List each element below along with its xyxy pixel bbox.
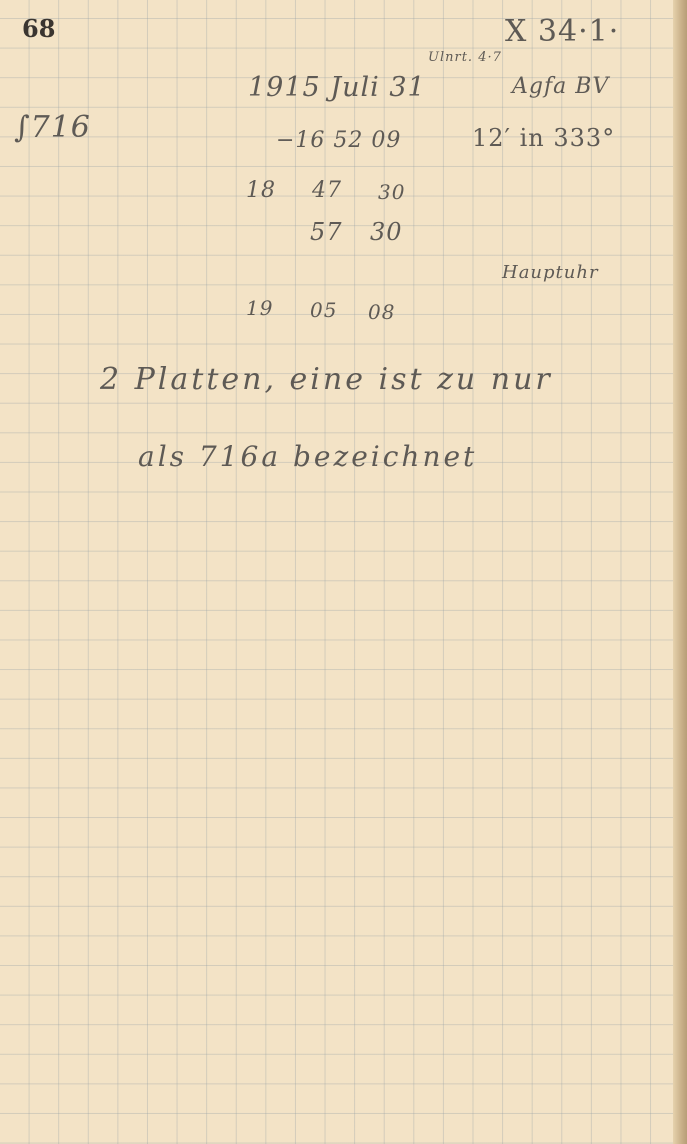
exposure-angle: 12′ in 333° (472, 124, 615, 152)
page-number: 68 (22, 14, 55, 43)
time-minutes: 47 (312, 178, 342, 203)
time-minutes: 05 (310, 298, 337, 322)
plate-reference: X 34·1· (505, 14, 619, 49)
time-seconds: 08 (368, 300, 395, 324)
margin-label: ∫716 (14, 110, 91, 145)
remark-line-1: 2 Platten, eine ist zu nur (100, 362, 553, 397)
notebook-page: 68 X 34·1· Ulnrt. 4·7 ∫716 1915 Juli 31 … (0, 0, 687, 1144)
time-minutes: 57 (310, 218, 343, 246)
plate-type-note: Agfa BV (512, 74, 609, 99)
time-hours: 19 (246, 296, 273, 320)
page-binding-edge (673, 0, 687, 1144)
clock-note: Hauptuhr (502, 262, 599, 283)
time-hours: 18 (246, 178, 276, 203)
time-seconds: 30 (378, 180, 405, 204)
time-seconds: 30 (370, 218, 403, 246)
observation-date: 1915 Juli 31 (248, 72, 426, 103)
remark-line-2: als 716a bezeichnet (138, 440, 477, 473)
declination-value: −16 52 09 (276, 128, 401, 153)
small-note: Ulnrt. 4·7 (428, 50, 502, 65)
